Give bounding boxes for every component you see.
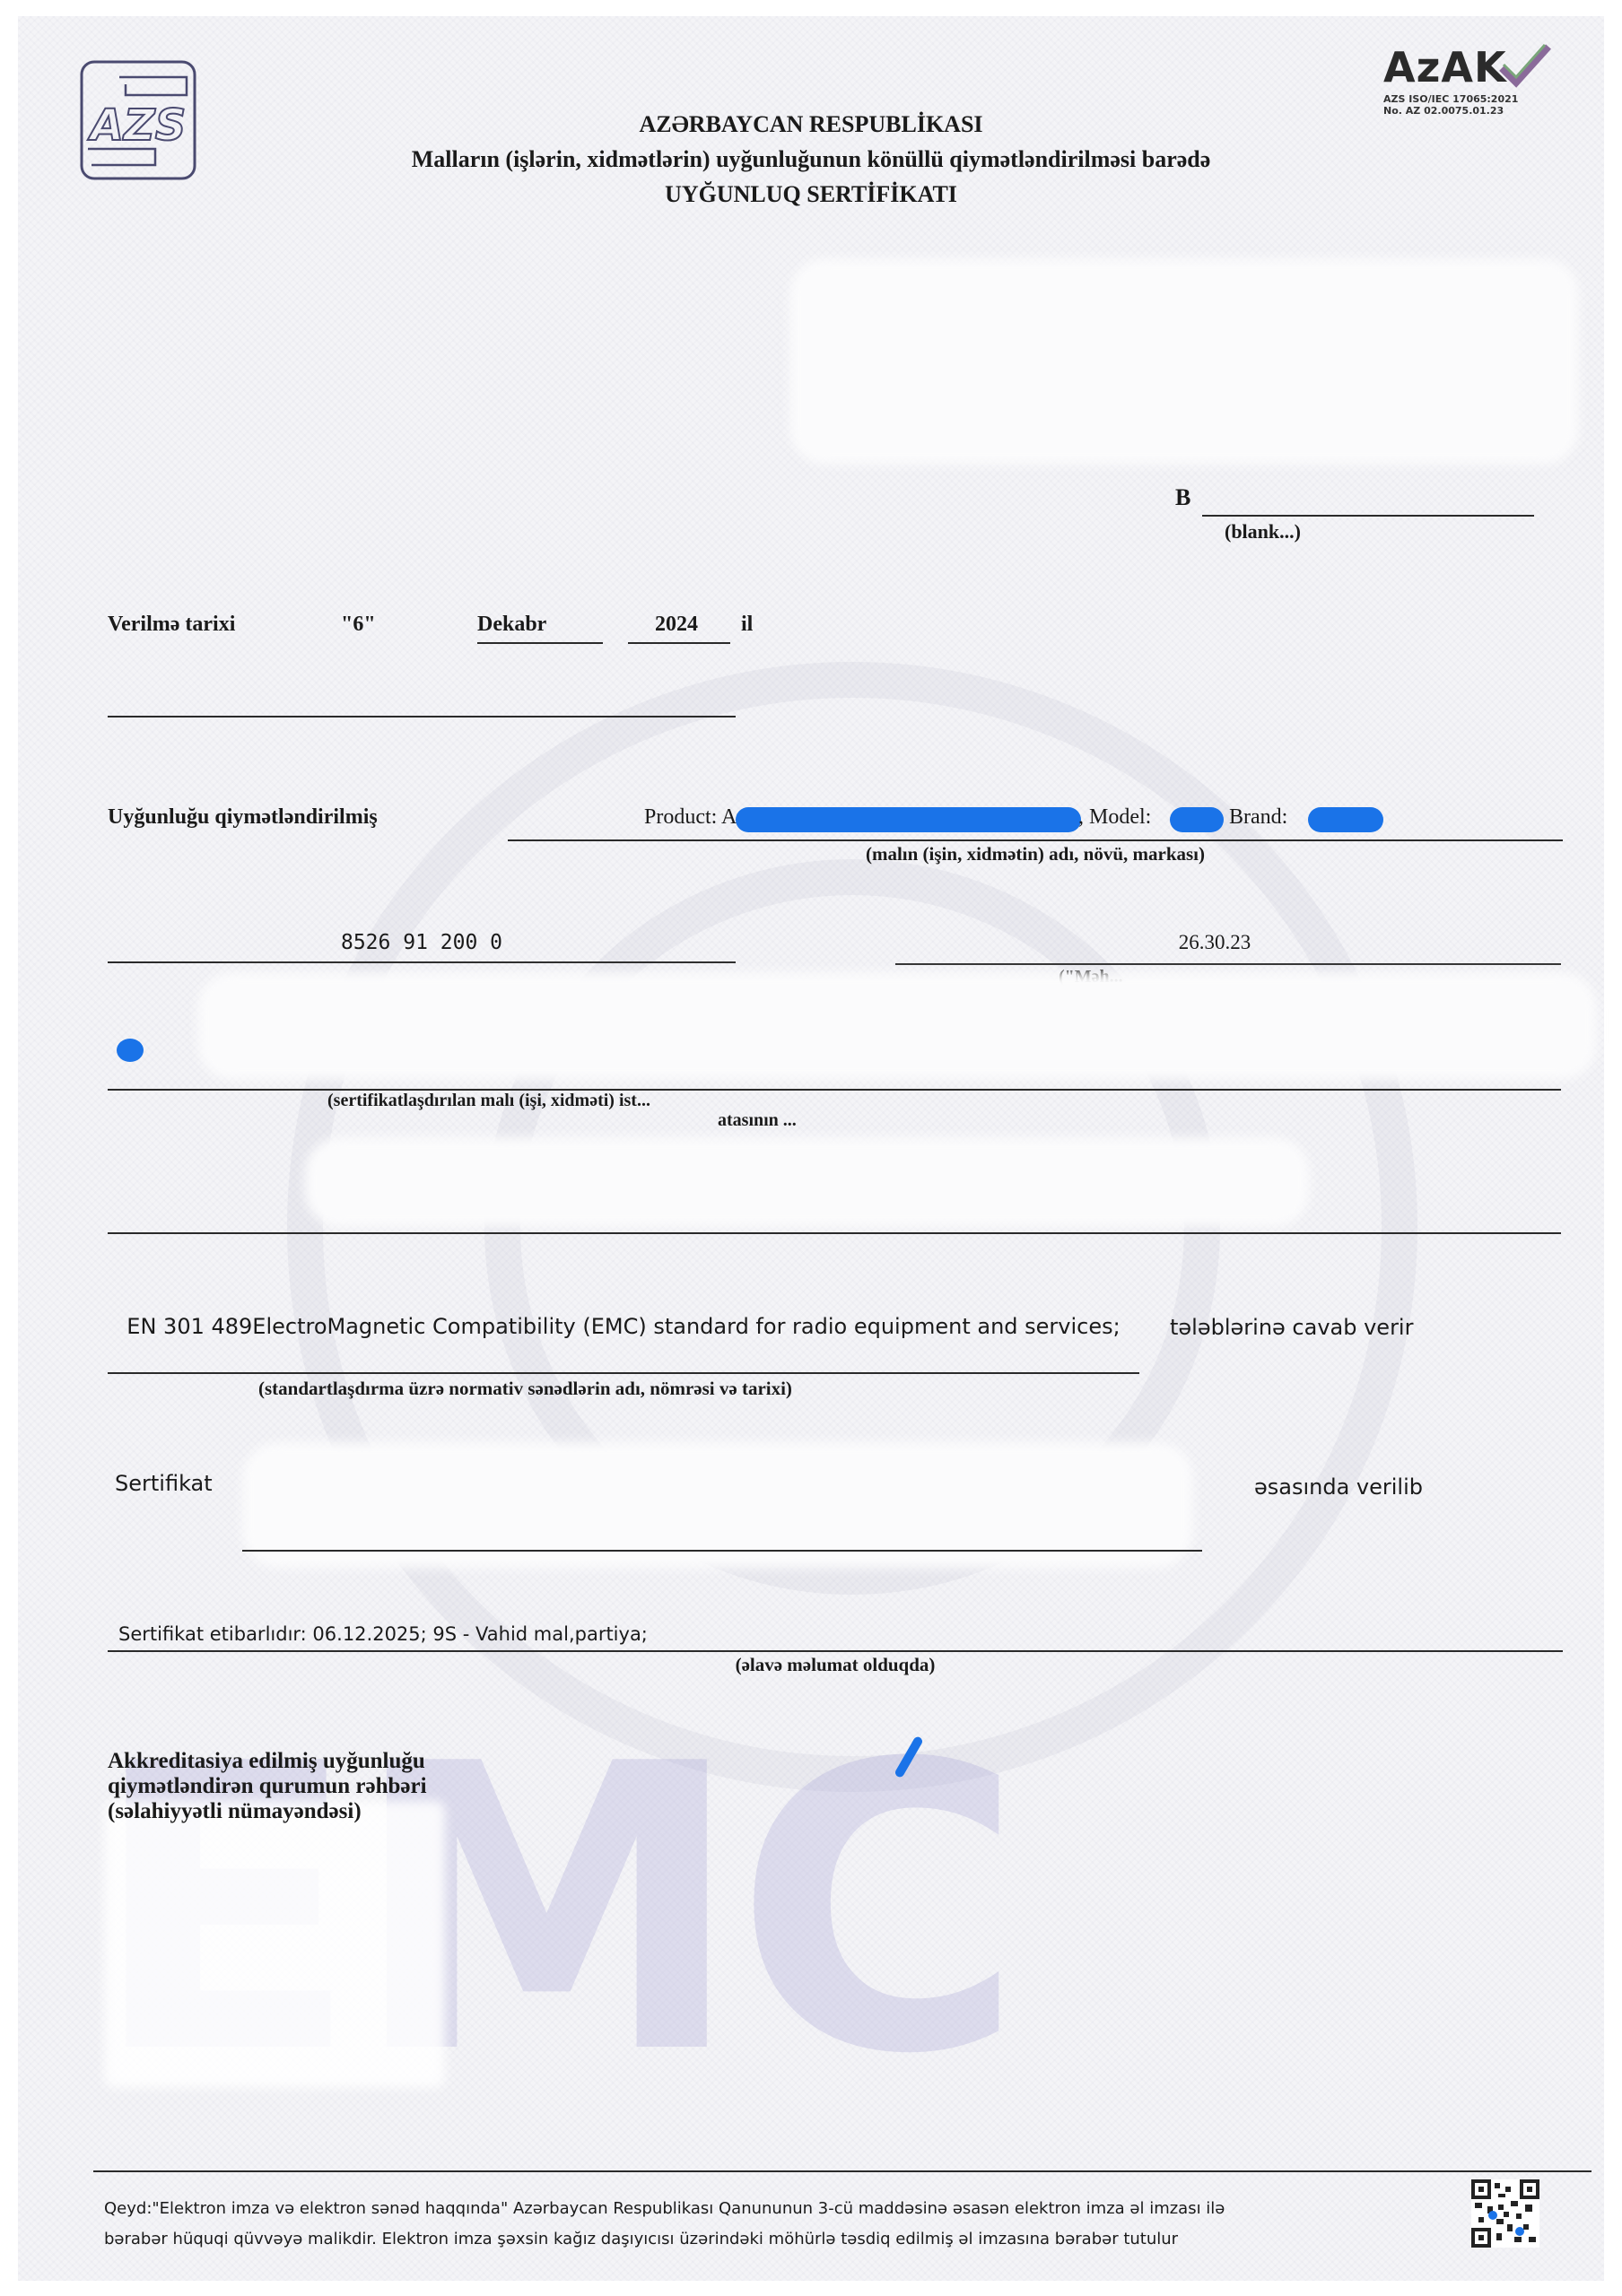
certificate-number-caption: (blank...) xyxy=(1225,520,1301,544)
signatory-line3: (səlahiyyətli nümayəndəsi) xyxy=(108,1799,427,1824)
redacted-manufacturer xyxy=(197,972,1597,1080)
redacted-manufacturer-mark xyxy=(117,1039,144,1062)
title-certificate: UYĞUNLUQ SERTİFİKATI xyxy=(18,181,1604,208)
manufacturer-caption-line1: (sertifikatlaşdırılan malı (işi, xidməti… xyxy=(327,1091,650,1110)
signatory-line2: qiymətləndirən qurumun rəhbəri xyxy=(108,1774,427,1799)
issue-date-month: Dekabr xyxy=(477,613,546,637)
title-subtitle: Malların (işlərin, xidmətlərin) uyğunluğ… xyxy=(18,146,1604,173)
standard-suffix: tələblərinə cavab verir xyxy=(1170,1315,1413,1340)
certificate-number-prefix: B xyxy=(1175,484,1190,511)
manufacturer-caption-2: atasının ... xyxy=(718,1110,797,1131)
product-label: Uyğunluğu qiymətləndirilmiş xyxy=(108,805,378,830)
redacted-product-name xyxy=(736,807,1081,832)
checkmark-icon xyxy=(1498,43,1552,88)
footer-note-line2: bərabər hüquqi qüvvəyə malikdir. Elektro… xyxy=(104,2224,1225,2255)
certificate-page: AZS AzAK AZS ISO/IEC 17065:2021 No. AZ 0… xyxy=(18,16,1604,2281)
basis-label: Sertifikat xyxy=(115,1471,213,1496)
certificate-number-line xyxy=(1202,515,1534,517)
standard-value: EN 301 489ElectroMagnetic Compatibility … xyxy=(108,1315,1139,1339)
product-line xyxy=(508,839,1563,841)
redacted-area-number xyxy=(789,258,1579,465)
extra-info-line xyxy=(108,1650,1563,1652)
issue-date-label: Verilmə tarixi xyxy=(108,613,235,637)
issue-date-year: 2024 xyxy=(655,613,698,637)
footer-divider xyxy=(93,2170,1591,2172)
issue-date-month-line xyxy=(477,642,603,644)
redacted-signature-area xyxy=(104,1801,445,2088)
redacted-address xyxy=(305,1137,1310,1227)
issue-date-year-line xyxy=(628,642,730,644)
issue-place-line xyxy=(108,716,736,717)
address-line xyxy=(108,1232,1561,1234)
qr-code-icon[interactable] xyxy=(1471,2179,1539,2248)
issue-date-suffix: il xyxy=(741,613,753,637)
footer-note: Qeyd:"Elektron imza və elektron sənəd ha… xyxy=(104,2194,1225,2255)
extra-info-value: Sertifikat etibarlıdır: 06.12.2025; 9S -… xyxy=(118,1623,648,1645)
redacted-model xyxy=(1170,807,1224,832)
issue-date-day: "6" xyxy=(341,613,376,637)
redacted-brand xyxy=(1308,807,1383,832)
basis-line xyxy=(242,1550,1202,1552)
title-country: AZƏRBAYCAN RESPUBLİKASI xyxy=(18,111,1604,138)
signatory-title: Akkreditasiya edilmiş uyğunluğu qiymətlə… xyxy=(108,1749,427,1824)
manufacturer-caption: (sertifikatlaşdırılan malı (işi, xidməti… xyxy=(327,1091,650,1111)
basis-suffix: əsasında verilib xyxy=(1254,1474,1423,1500)
standard-line xyxy=(108,1372,1139,1374)
azak-accreditation-standard: AZS ISO/IEC 17065:2021 xyxy=(1383,93,1563,105)
hs-code: 8526 91 200 0 xyxy=(108,931,736,954)
footer-note-line1: Qeyd:"Elektron imza və elektron sənəd ha… xyxy=(104,2194,1225,2224)
manufacturer-line xyxy=(108,1089,1561,1091)
redacted-basis xyxy=(242,1442,1193,1568)
standard-caption: (standartlaşdırma üzrə normativ sənədlər… xyxy=(258,1378,792,1400)
product-model-label: , Model: xyxy=(1078,805,1156,830)
okd-code: 26.30.23 xyxy=(895,931,1534,954)
product-caption: (malın (işin, xidmətin) adı, növü, marka… xyxy=(508,843,1563,865)
okd-code-line xyxy=(895,963,1561,965)
hs-code-line xyxy=(108,961,736,963)
extra-info-caption: (əlavə məlumat olduqda) xyxy=(108,1654,1563,1676)
product-brand-label: Brand: xyxy=(1229,805,1287,830)
signatory-line1: Akkreditasiya edilmiş uyğunluğu xyxy=(108,1749,427,1774)
